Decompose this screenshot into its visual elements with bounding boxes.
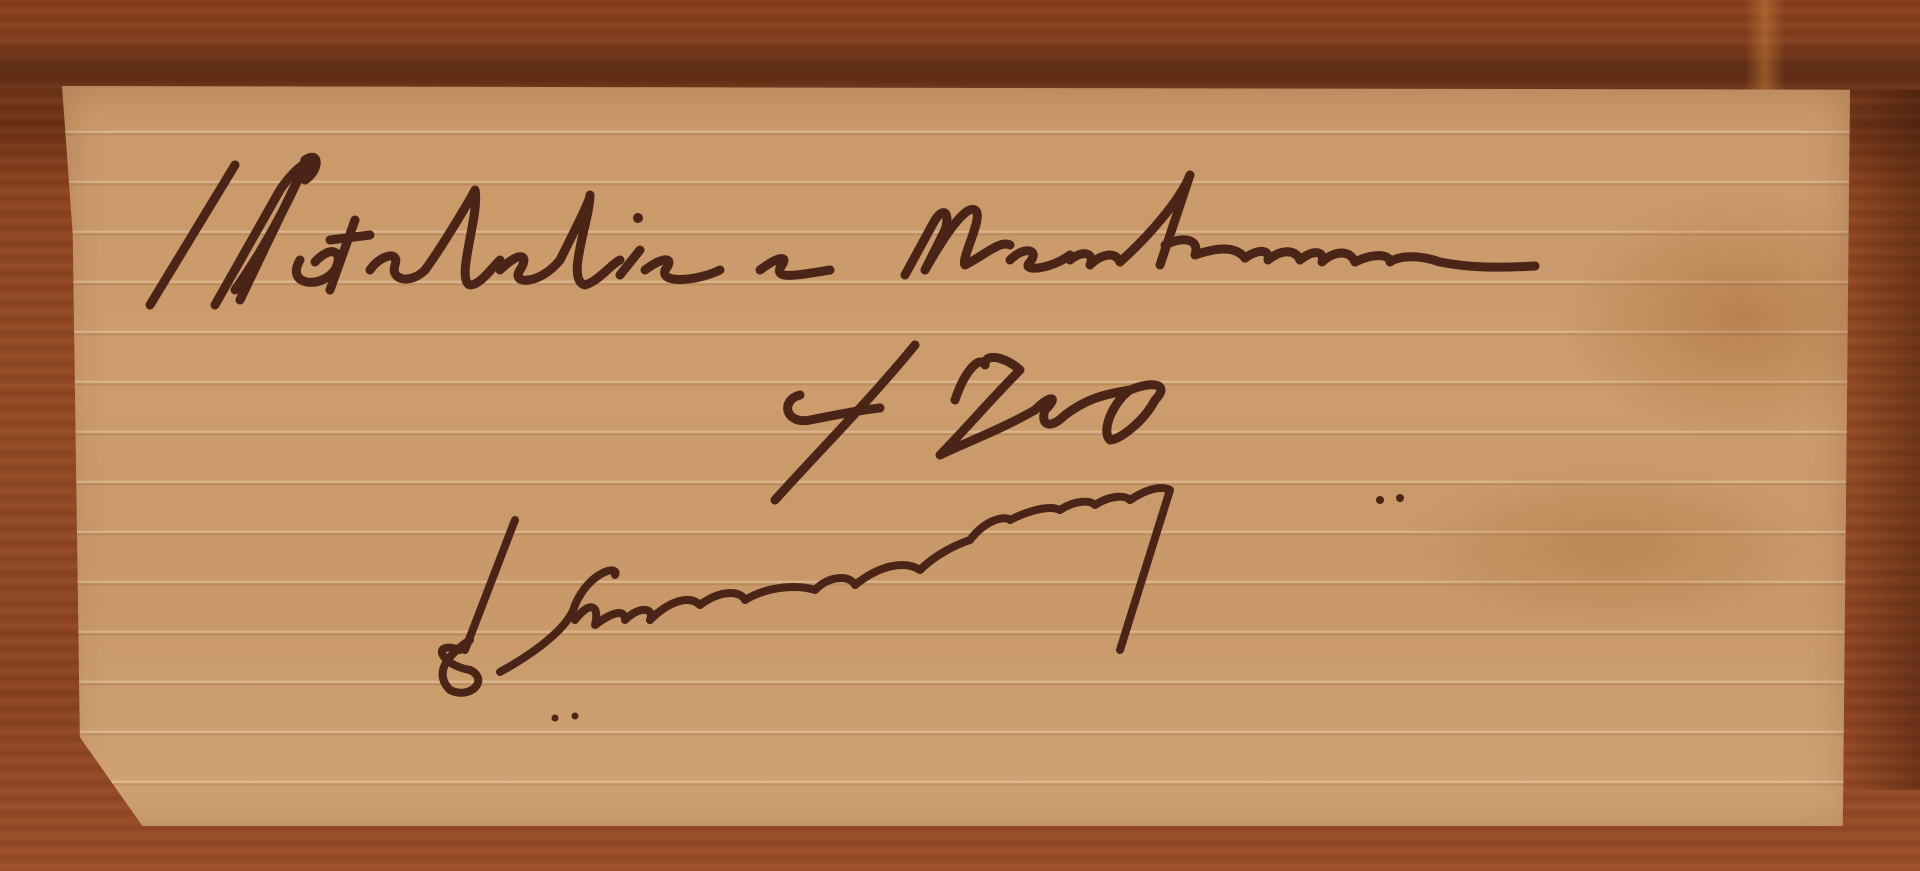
handwritten-ink bbox=[0, 0, 1920, 871]
ink-line-1-left bbox=[150, 157, 830, 305]
ink-line-1-right bbox=[905, 175, 1535, 275]
wooden-panel: Waterlelie en Manenkammen f 700 J Sminoe… bbox=[0, 0, 1920, 871]
ink-signature bbox=[442, 488, 1170, 693]
ink-line-2 bbox=[775, 345, 1161, 500]
